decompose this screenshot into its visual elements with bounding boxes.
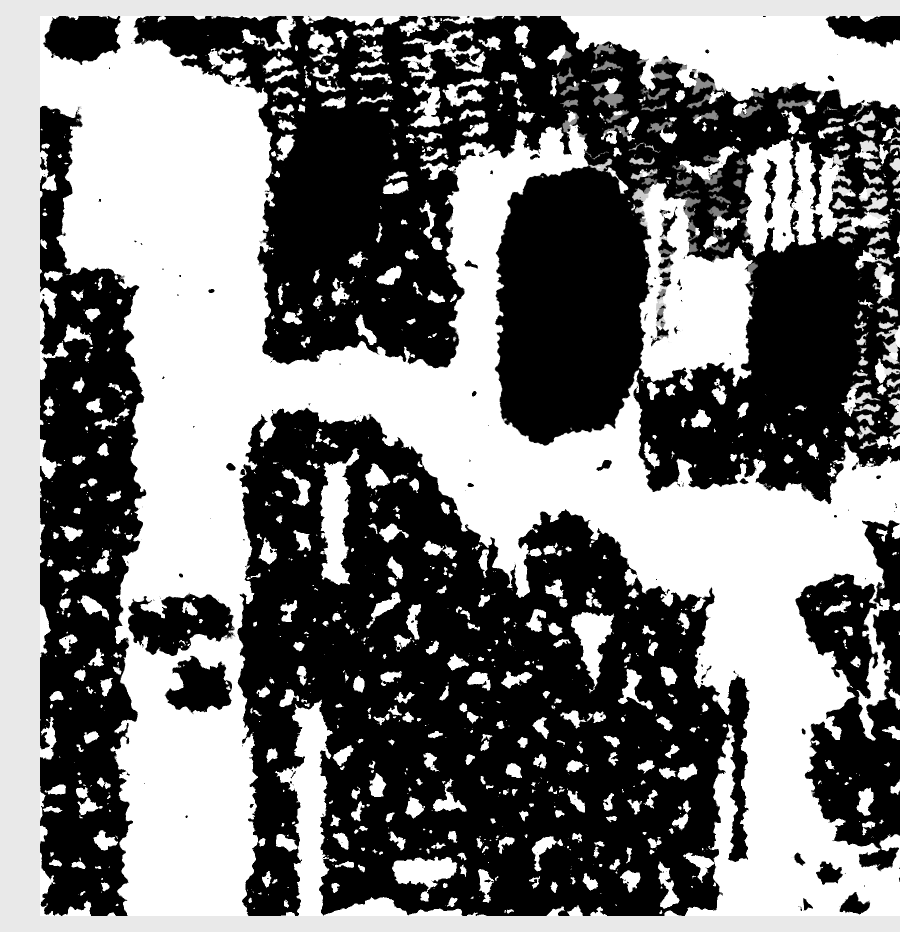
- drip-streak-main: [713, 494, 802, 916]
- debris-stone: [860, 846, 896, 870]
- left-rubble-blob-a: [130, 592, 234, 652]
- thresholded-photo: High-contrast black-and-white thresholde…: [40, 16, 900, 916]
- bright-patch-left-of-arch3: [680, 254, 750, 334]
- wall-under-arch3: [754, 366, 846, 492]
- finger-above-arch3-a: [750, 149, 766, 257]
- debris-stone: [843, 896, 869, 912]
- streak-above-arch2-a: [513, 132, 531, 180]
- artwork-canvas: High-contrast black-and-white thresholde…: [40, 16, 900, 916]
- wall-below-ledge: [640, 368, 758, 488]
- pier-white-streak-upper: [323, 464, 347, 582]
- fan-left-of-arch1: [178, 78, 270, 364]
- left-edge-strip-lower: [40, 268, 138, 916]
- left-rubble-blob-b: [162, 660, 238, 708]
- drip-dark-fragment: [732, 676, 746, 861]
- debris-stone: [816, 867, 844, 885]
- arch-opening-center: [485, 165, 651, 443]
- arch-center-shape: [485, 165, 651, 443]
- pier-white-streak-lower: [298, 704, 324, 916]
- streak-left-of-arch2: [460, 161, 494, 289]
- bottom-white-dash: [392, 861, 454, 883]
